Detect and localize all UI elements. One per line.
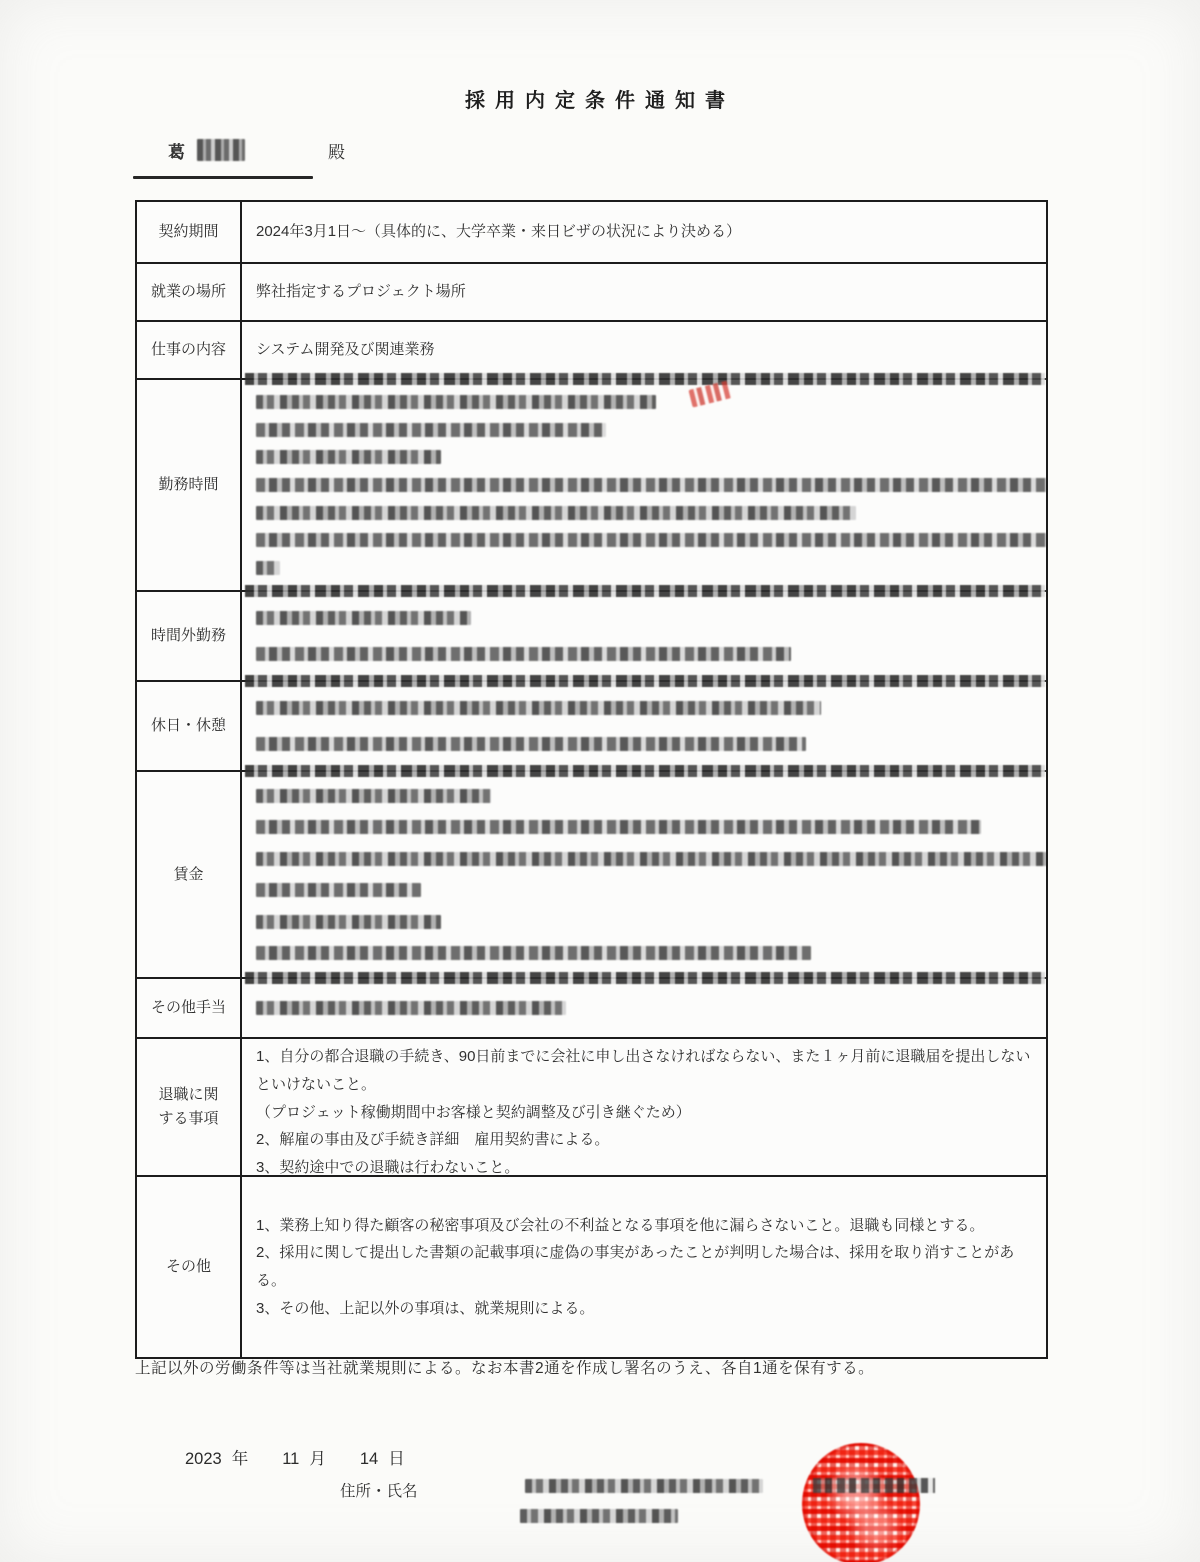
redacted-text-line bbox=[256, 450, 441, 464]
date-month: 11 bbox=[282, 1450, 299, 1469]
row-content bbox=[242, 682, 1046, 770]
redacted-border-strip bbox=[245, 765, 1045, 777]
redacted-text-line bbox=[256, 852, 1046, 866]
redacted-text-line bbox=[256, 478, 1046, 492]
address-redaction-line2 bbox=[520, 1509, 678, 1523]
redacted-text-line bbox=[256, 820, 981, 834]
redacted-border-strip bbox=[245, 675, 1045, 687]
row-paragraph: 3、その他、上記以外の事項は、就業規則による。 bbox=[256, 1295, 1032, 1323]
row-paragraph: 2024年3月1日～（具体的に、大学卒業・来日ビザの状況により決める） bbox=[256, 218, 1032, 246]
row-label: 時間外勤務 bbox=[137, 592, 242, 680]
row-content: 2024年3月1日～（具体的に、大学卒業・来日ビザの状況により決める） bbox=[242, 202, 1046, 262]
row-content: システム開発及び関連業務 bbox=[242, 322, 1046, 378]
address-redaction-line1 bbox=[525, 1479, 763, 1493]
row-paragraph: システム開発及び関連業務 bbox=[256, 336, 1032, 364]
row-label: 仕事の内容 bbox=[137, 322, 242, 378]
page-title: 採用内定条件通知書 bbox=[0, 84, 1200, 113]
table-row: 仕事の内容システム開発及び関連業務 bbox=[137, 322, 1046, 380]
recipient-surname: 葛 bbox=[168, 138, 185, 163]
redacted-text-line bbox=[256, 701, 821, 715]
company-seal bbox=[802, 1443, 920, 1562]
footer-note: 上記以外の労働条件等は当社就業規則による。なお本書2通を作成し署名のうえ、各自1… bbox=[135, 1356, 874, 1378]
redacted-text-line bbox=[256, 611, 471, 625]
redacted-text-line bbox=[256, 915, 441, 929]
row-content bbox=[242, 592, 1046, 680]
redacted-text-line bbox=[256, 883, 421, 897]
redacted-text-line bbox=[256, 533, 1046, 547]
table-row: 時間外勤務 bbox=[137, 592, 1046, 682]
row-paragraph: 1、業務上知り得た顧客の秘密事項及び会社の不利益となる事項を他に漏らさないこと。… bbox=[256, 1212, 1032, 1240]
table-row: 賃金 bbox=[137, 772, 1046, 979]
redacted-border-strip bbox=[245, 585, 1045, 597]
row-paragraph: （プロジェット稼働期間中お客様と契約調整及び引き継ぐため） bbox=[256, 1099, 1032, 1127]
row-content: 1、自分の都合退職の手続き、90日前までに会社に申し出さなければならない、また１… bbox=[242, 1039, 1046, 1175]
redacted-text-line bbox=[256, 561, 280, 575]
document-page: 採用内定条件通知書 葛 殿 契約期間2024年3月1日～（具体的に、大学卒業・来… bbox=[0, 0, 1200, 1562]
table-row: 休日・休憩 bbox=[137, 682, 1046, 772]
redacted-text-line bbox=[256, 789, 491, 803]
recipient-name-redaction bbox=[197, 139, 245, 161]
row-label: 休日・休憩 bbox=[137, 682, 242, 770]
row-label: その他 bbox=[137, 1177, 242, 1357]
date-year-unit: 年 bbox=[232, 1445, 249, 1469]
row-content: 1、業務上知り得た顧客の秘密事項及び会社の不利益となる事項を他に漏らさないこと。… bbox=[242, 1177, 1046, 1357]
row-paragraph: 2、採用に関して提出した書類の記載事項に虚偽の事実があったことが判明した場合は、… bbox=[256, 1239, 1032, 1295]
redacted-border-strip bbox=[245, 972, 1045, 984]
date-line: 2023 年 11 月 14 日 bbox=[185, 1445, 405, 1469]
row-content bbox=[242, 380, 1046, 590]
conditions-table: 契約期間2024年3月1日～（具体的に、大学卒業・来日ビザの状況により決める）就… bbox=[135, 200, 1048, 1359]
redacted-text-line bbox=[256, 423, 606, 437]
redacted-text-line bbox=[256, 1001, 566, 1015]
redacted-border-strip bbox=[245, 373, 1045, 385]
signature-label: 住所・氏名 bbox=[340, 1479, 418, 1501]
table-row: 勤務時間 bbox=[137, 380, 1046, 592]
row-paragraph: 1、自分の都合退職の手続き、90日前までに会社に申し出さなければならない、また１… bbox=[256, 1043, 1032, 1099]
date-day-unit: 日 bbox=[388, 1445, 405, 1469]
row-content: 弊社指定するプロジェクト場所 bbox=[242, 264, 1046, 320]
table-row: 就業の場所弊社指定するプロジェクト場所 bbox=[137, 264, 1046, 322]
table-row: 退職に関 する事項1、自分の都合退職の手続き、90日前までに会社に申し出さなけれ… bbox=[137, 1039, 1046, 1177]
date-year: 2023 bbox=[185, 1450, 222, 1469]
row-label: 賃金 bbox=[137, 772, 242, 977]
row-paragraph: 3、契約途中での退職は行わないこと。 bbox=[256, 1154, 1032, 1175]
table-row: その他手当 bbox=[137, 979, 1046, 1039]
row-label: 契約期間 bbox=[137, 202, 242, 262]
row-label: その他手当 bbox=[137, 979, 242, 1037]
row-paragraph: 弊社指定するプロジェクト場所 bbox=[256, 278, 1032, 306]
redacted-text-line bbox=[256, 395, 656, 409]
date-month-unit: 月 bbox=[309, 1445, 326, 1469]
row-label: 就業の場所 bbox=[137, 264, 242, 320]
row-content bbox=[242, 979, 1046, 1037]
row-label: 勤務時間 bbox=[137, 380, 242, 590]
table-row: その他1、業務上知り得た顧客の秘密事項及び会社の不利益となる事項を他に漏らさない… bbox=[137, 1177, 1046, 1357]
redacted-text-line bbox=[256, 647, 791, 661]
redacted-text-line bbox=[256, 737, 806, 751]
redacted-text-line bbox=[256, 946, 811, 960]
redacted-text-line bbox=[256, 506, 856, 520]
recipient-honorific: 殿 bbox=[328, 138, 345, 163]
table-row: 契約期間2024年3月1日～（具体的に、大学卒業・来日ビザの状況により決める） bbox=[137, 202, 1046, 264]
recipient-underline bbox=[133, 176, 313, 179]
row-content bbox=[242, 772, 1046, 977]
date-day: 14 bbox=[360, 1450, 378, 1469]
row-paragraph: 2、解雇の事由及び手続き詳細 雇用契約書による。 bbox=[256, 1126, 1032, 1154]
row-label: 退職に関 する事項 bbox=[137, 1039, 242, 1175]
address-redaction-over-seal bbox=[813, 1478, 935, 1493]
